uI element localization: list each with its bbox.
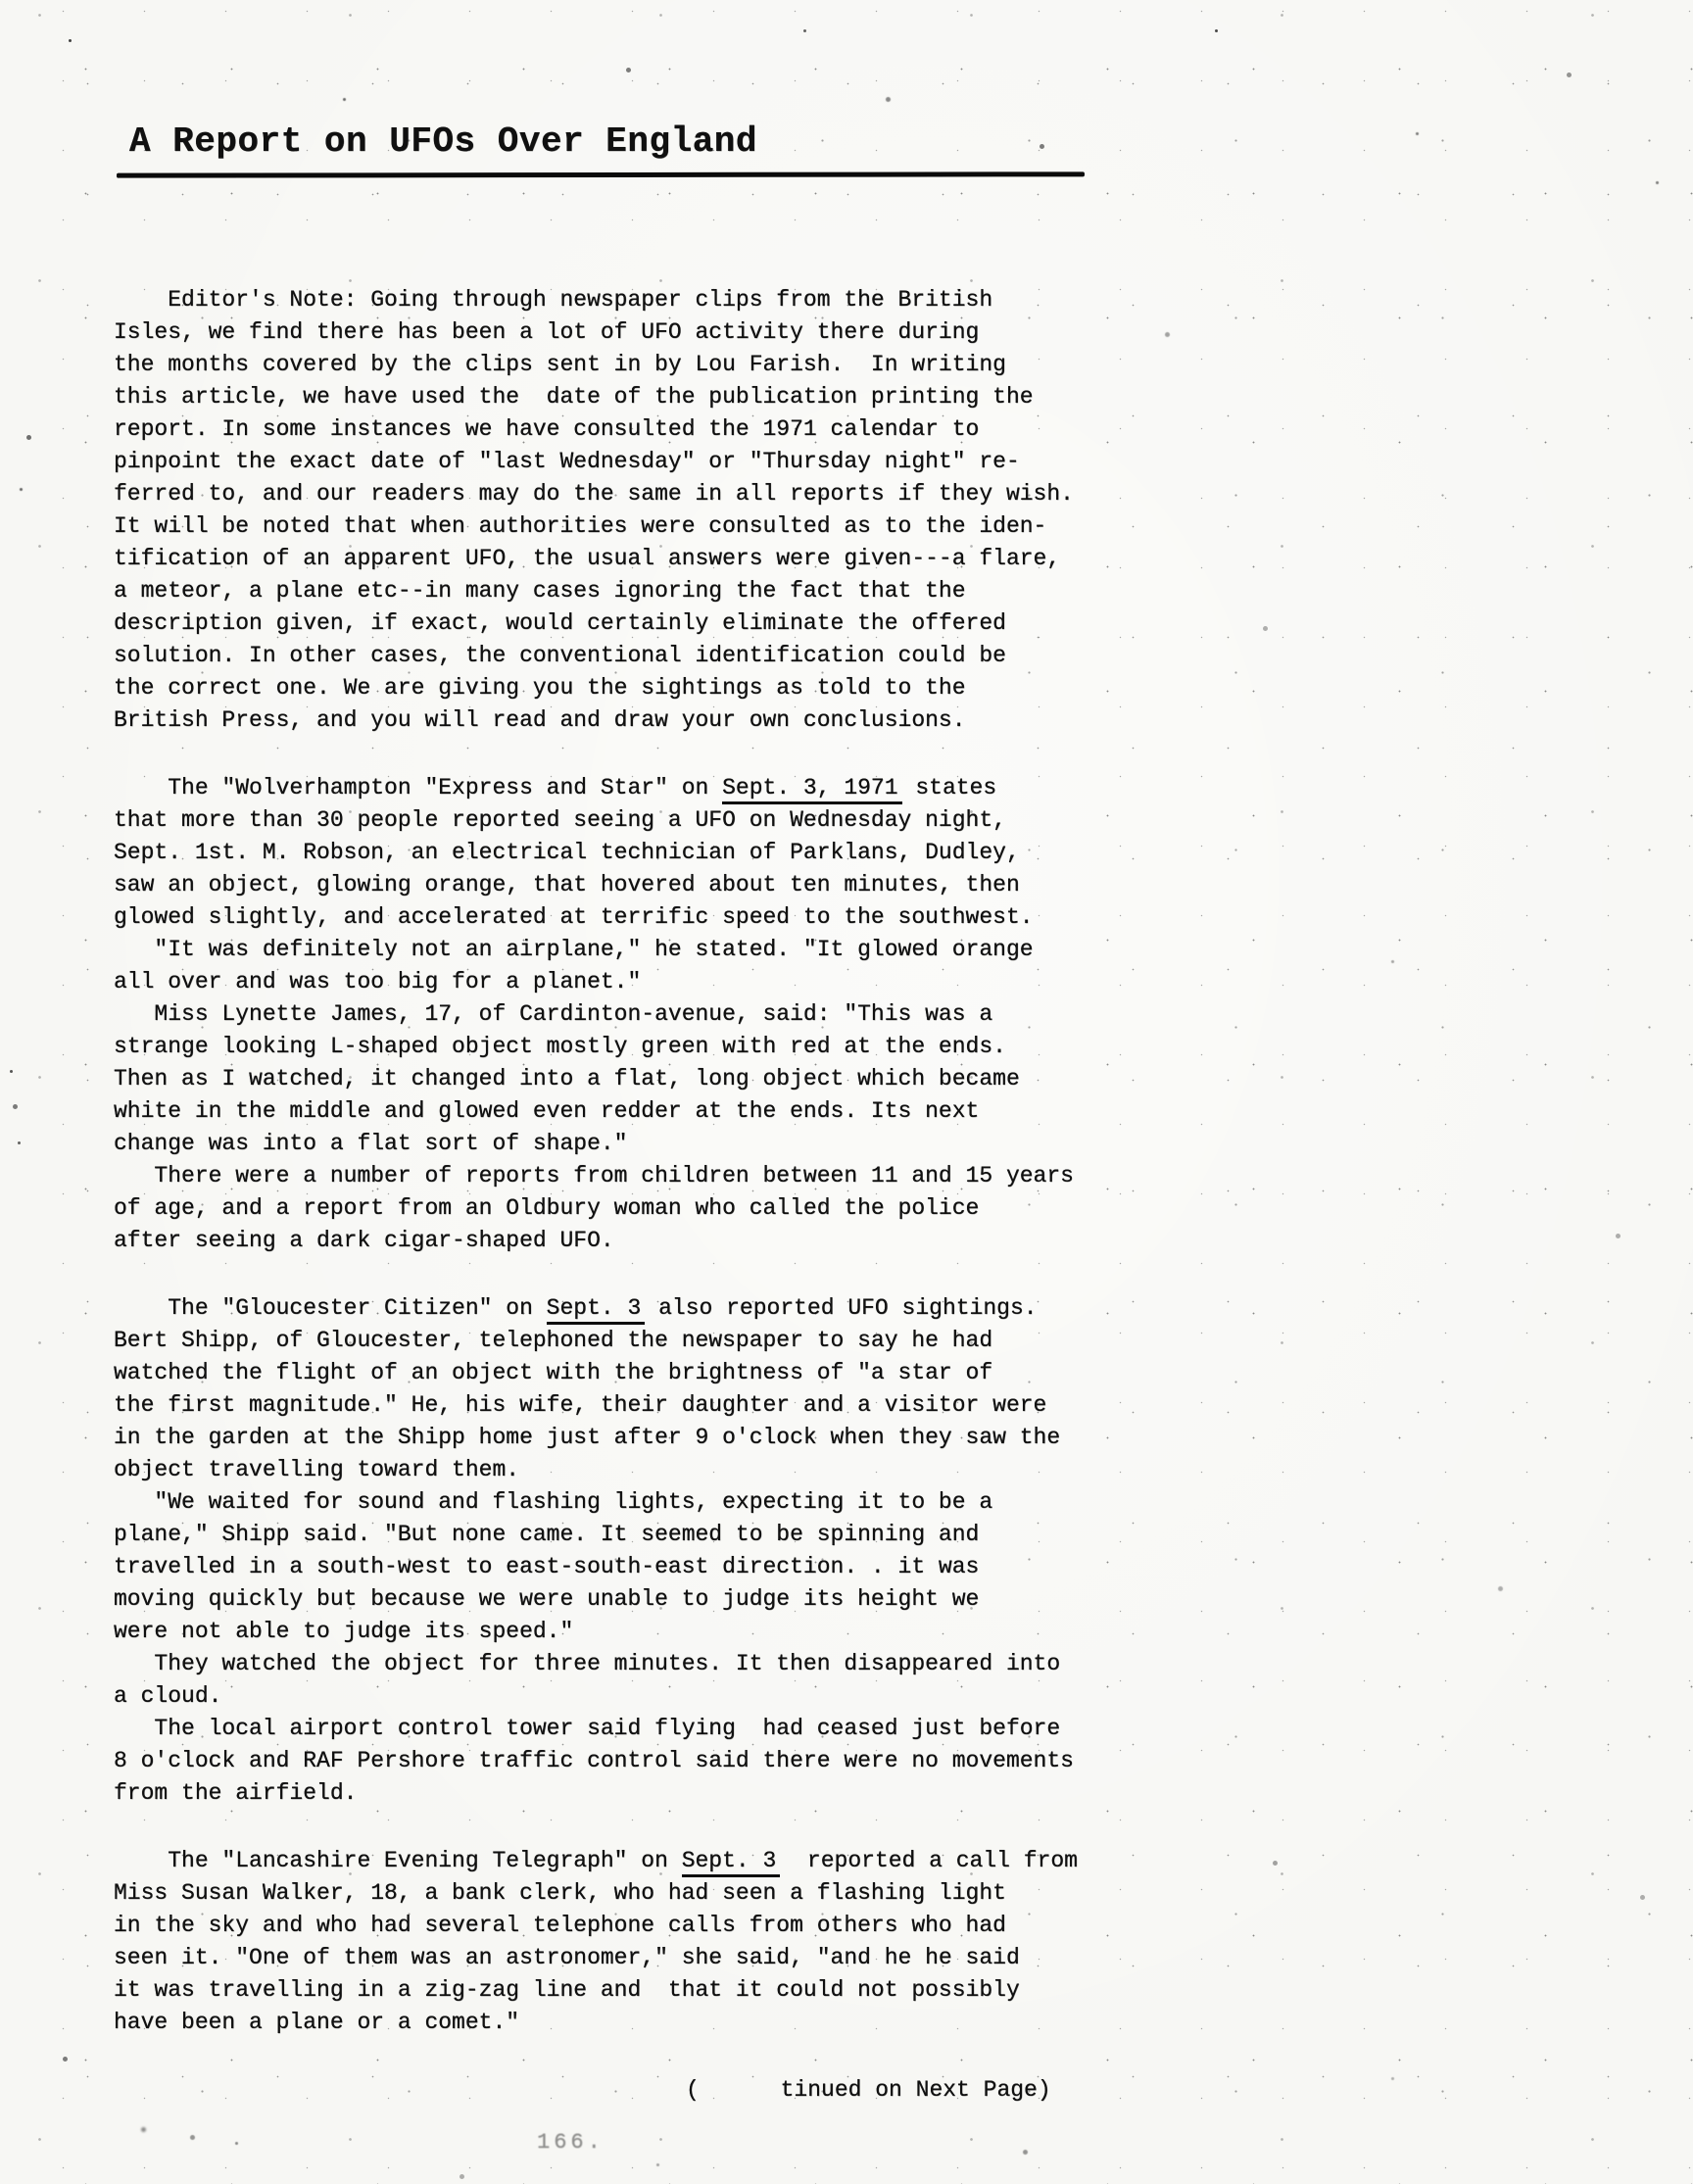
title-divider-rule: [117, 171, 1085, 177]
article-body: Editor's Note: Going through newspaper c…: [114, 284, 1152, 2107]
text-line: travelled in a south-west to east-south-…: [114, 1551, 1152, 1583]
text-line: after seeing a dark cigar-shaped UFO.: [114, 1225, 1152, 1257]
text-line: report. In some instances we have consul…: [114, 413, 1152, 446]
lancashire-lines: Miss Susan Walker, 18, a bank clerk, who…: [114, 1877, 1152, 2039]
text-line: solution. In other cases, the convention…: [114, 640, 1152, 672]
text-line: the first magnitude." He, his wife, thei…: [114, 1389, 1152, 1422]
text-line: strange looking L-shaped object mostly g…: [114, 1031, 1152, 1063]
lancashire-dateline: The "Lancashire Evening Telegraph" on Se…: [114, 1845, 1152, 1877]
gloucester-paragraph: The "Gloucester Citizen" on Sept. 3 also…: [114, 1292, 1152, 1810]
text-line: "We waited for sound and flashing lights…: [114, 1486, 1152, 1519]
text-line: glowed slightly, and accelerated at terr…: [114, 901, 1152, 934]
text-line: were not able to judge its speed.": [114, 1616, 1152, 1648]
wolverhampton-paragraph: The "Wolverhampton "Express and Star" on…: [114, 772, 1152, 1257]
wolverhampton-dateline: The "Wolverhampton "Express and Star" on…: [114, 772, 1152, 804]
underlined-date: Sept. 3: [682, 1848, 781, 1877]
text-line: description given, if exact, would certa…: [114, 607, 1152, 640]
text-line: There were a number of reports from chil…: [114, 1160, 1152, 1192]
text-line: tification of an apparent UFO, the usual…: [114, 543, 1152, 575]
text-line: saw an object, glowing orange, that hove…: [114, 869, 1152, 901]
dateline-text: The "Gloucester Citizen" on: [114, 1295, 547, 1321]
lancashire-paragraph: The "Lancashire Evening Telegraph" on Se…: [114, 1845, 1152, 2039]
text-line: Then as I watched, it changed into a fla…: [114, 1063, 1152, 1095]
page-number: 166.: [537, 2130, 605, 2155]
text-line: seen it. "One of them was an astronomer,…: [114, 1942, 1152, 1974]
text-line: Sept. 1st. M. Robson, an electrical tech…: [114, 837, 1152, 869]
text-line: the correct one. We are giving you the s…: [114, 672, 1152, 704]
text-line: in the sky and who had several telephone…: [114, 1910, 1152, 1942]
dateline-text: The "Wolverhampton "Express and Star" on: [114, 775, 722, 801]
text-line: from the airfield.: [114, 1777, 1152, 1810]
text-line: It will be noted that when authorities w…: [114, 510, 1152, 543]
text-line: They watched the object for three minute…: [114, 1648, 1152, 1680]
text-line: in the garden at the Shipp home just aft…: [114, 1422, 1152, 1454]
continued-note: ( tinued on Next Page): [114, 2074, 1152, 2107]
text-line: it was travelling in a zig-zag line and …: [114, 1974, 1152, 2007]
text-line: plane," Shipp said. "But none came. It s…: [114, 1519, 1152, 1551]
underlined-date: Sept. 3, 1971: [722, 775, 901, 804]
text-line: Editor's Note: Going through newspaper c…: [114, 284, 1152, 316]
text-line: Miss Susan Walker, 18, a bank clerk, who…: [114, 1877, 1152, 1910]
text-line: "It was definitely not an airplane," he …: [114, 934, 1152, 966]
text-line: Miss Lynette James, 17, of Cardinton-ave…: [114, 998, 1152, 1031]
text-line: change was into a flat sort of shape.": [114, 1128, 1152, 1160]
text-line: of age, and a report from an Oldbury wom…: [114, 1192, 1152, 1225]
text-line: ferred to, and our readers may do the sa…: [114, 478, 1152, 510]
dateline-text: The "Lancashire Evening Telegraph" on: [114, 1848, 682, 1873]
text-line: Bert Shipp, of Gloucester, telephoned th…: [114, 1325, 1152, 1357]
text-line: that more than 30 people reported seeing…: [114, 804, 1152, 837]
text-line: 8 o'clock and RAF Pershore traffic contr…: [114, 1745, 1152, 1777]
text-line: white in the middle and glowed even redd…: [114, 1095, 1152, 1128]
text-line: object travelling toward them.: [114, 1454, 1152, 1486]
text-line: pinpoint the exact date of "last Wednesd…: [114, 446, 1152, 478]
text-line: British Press, and you will read and dra…: [114, 704, 1152, 737]
text-line: The local airport control tower said fly…: [114, 1713, 1152, 1745]
text-line: the months covered by the clips sent in …: [114, 349, 1152, 381]
text-line: have been a plane or a comet.": [114, 2007, 1152, 2039]
text-line: Isles, we find there has been a lot of U…: [114, 316, 1152, 349]
text-line: a cloud.: [114, 1680, 1152, 1713]
page-title: A Report on UFOs Over England: [129, 121, 757, 163]
text-line: all over and was too big for a planet.": [114, 966, 1152, 998]
editors-note-lines: Editor's Note: Going through newspaper c…: [114, 284, 1152, 737]
dateline-text: also reported UFO sightings.: [645, 1295, 1037, 1321]
text-line: this article, we have used the date of t…: [114, 381, 1152, 413]
text-line: a meteor, a plane etc--in many cases ign…: [114, 575, 1152, 607]
editors-note-paragraph: Editor's Note: Going through newspaper c…: [114, 284, 1152, 737]
gloucester-dateline: The "Gloucester Citizen" on Sept. 3 also…: [114, 1292, 1152, 1325]
text-line: watched the flight of an object with the…: [114, 1357, 1152, 1389]
wolverhampton-lines: that more than 30 people reported seeing…: [114, 804, 1152, 1257]
underlined-date: Sept. 3: [547, 1295, 646, 1325]
scanned-document-page: A Report on UFOs Over England Editor's N…: [0, 0, 1693, 2184]
dateline-text: reported a call from: [780, 1848, 1078, 1873]
text-line: moving quickly but because we were unabl…: [114, 1583, 1152, 1616]
gloucester-lines: Bert Shipp, of Gloucester, telephoned th…: [114, 1325, 1152, 1810]
dateline-text: states: [902, 775, 997, 801]
